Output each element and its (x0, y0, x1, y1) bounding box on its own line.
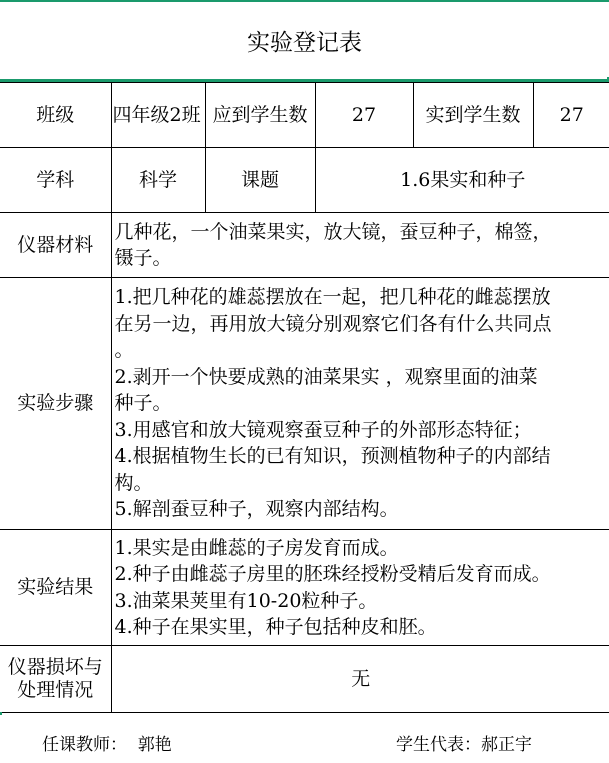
experiment-record-table: 班级 四年级2班 应到学生数 27 实到学生数 27 学科 科学 课题 1.6果… (0, 82, 609, 713)
damage-label-line2: 处理情况 (0, 679, 111, 702)
result-line: 1.果实是由雌蕊的子房发育而成。 (115, 535, 609, 562)
step-line: 种子。 (115, 390, 609, 417)
class-row: 班级 四年级2班 应到学生数 27 实到学生数 27 (0, 83, 609, 148)
damage-label: 仪器损坏与 处理情况 (0, 646, 111, 713)
topic-value: 1.6果实和种子 (315, 148, 609, 213)
expected-students-label: 应到学生数 (205, 83, 315, 148)
materials-label: 仪器材料 (0, 213, 111, 278)
materials-line: 几种花，一个油菜果实，放大镜，蚕豆种子，棉签， (115, 219, 609, 246)
subject-row: 学科 科学 课题 1.6果实和种子 (0, 148, 609, 213)
results-label: 实验结果 (0, 530, 111, 646)
result-line: 3.油菜果荚里有10-20粒种子。 (115, 588, 609, 615)
expected-students-value: 27 (315, 83, 413, 148)
topic-label: 课题 (205, 148, 315, 213)
step-line: 5.解剖蚕豆种子，观察内部结构。 (115, 496, 609, 523)
damage-row: 仪器损坏与 处理情况 无 (0, 646, 609, 713)
student-representative: 学生代表：郝正宇 (396, 730, 532, 755)
teacher-signature: 任课教师： 郭艳 (42, 730, 172, 755)
step-line: 2.剥开一个快要成熟的油菜果实 ，观察里面的油菜 (115, 364, 609, 391)
damage-label-line1: 仪器损坏与 (0, 656, 111, 679)
result-line: 4.种子在果实里，种子包括种皮和胚。 (115, 614, 609, 641)
actual-students-value: 27 (533, 83, 609, 148)
materials-line: 镊子。 (115, 245, 609, 272)
step-line: 3.用感官和放大镜观察蚕豆种子的外部形态特征； (115, 417, 609, 444)
class-label: 班级 (0, 83, 111, 148)
steps-row: 实验步骤 1.把几种花的雄蕊摆放在一起，把几种花的雌蕊摆放 在另一边，再用放大镜… (0, 278, 609, 530)
steps-value: 1.把几种花的雄蕊摆放在一起，把几种花的雌蕊摆放 在另一边，再用放大镜分别观察它… (111, 278, 609, 530)
subject-value: 科学 (111, 148, 205, 213)
actual-students-label: 实到学生数 (413, 83, 533, 148)
step-line: 构。 (115, 470, 609, 497)
damage-value: 无 (111, 646, 609, 713)
page-title: 实验登记表 (0, 2, 609, 79)
signature-footer: 任课教师： 郭艳 学生代表：郝正宇 (0, 730, 609, 754)
step-line: 在另一边，再用放大镜分别观察它们各有什么共同点 (115, 311, 609, 338)
corner-marker (0, 712, 2, 715)
results-row: 实验结果 1.果实是由雌蕊的子房发育而成。 2.种子由雌蕊子房里的胚珠经授粉受精… (0, 530, 609, 646)
class-value: 四年级2班 (111, 83, 205, 148)
step-line: 。 (115, 337, 609, 364)
materials-value: 几种花，一个油菜果实，放大镜，蚕豆种子，棉签， 镊子。 (111, 213, 609, 278)
materials-row: 仪器材料 几种花，一个油菜果实，放大镜，蚕豆种子，棉签， 镊子。 (0, 213, 609, 278)
result-line: 2.种子由雌蕊子房里的胚珠经授粉受精后发育而成。 (115, 561, 609, 588)
results-value: 1.果实是由雌蕊的子房发育而成。 2.种子由雌蕊子房里的胚珠经授粉受精后发育而成… (111, 530, 609, 646)
steps-label: 实验步骤 (0, 278, 111, 530)
step-line: 4.根据植物生长的已有知识，预测植物种子的内部结 (115, 443, 609, 470)
step-line: 1.把几种花的雄蕊摆放在一起，把几种花的雌蕊摆放 (115, 284, 609, 311)
subject-label: 学科 (0, 148, 111, 213)
